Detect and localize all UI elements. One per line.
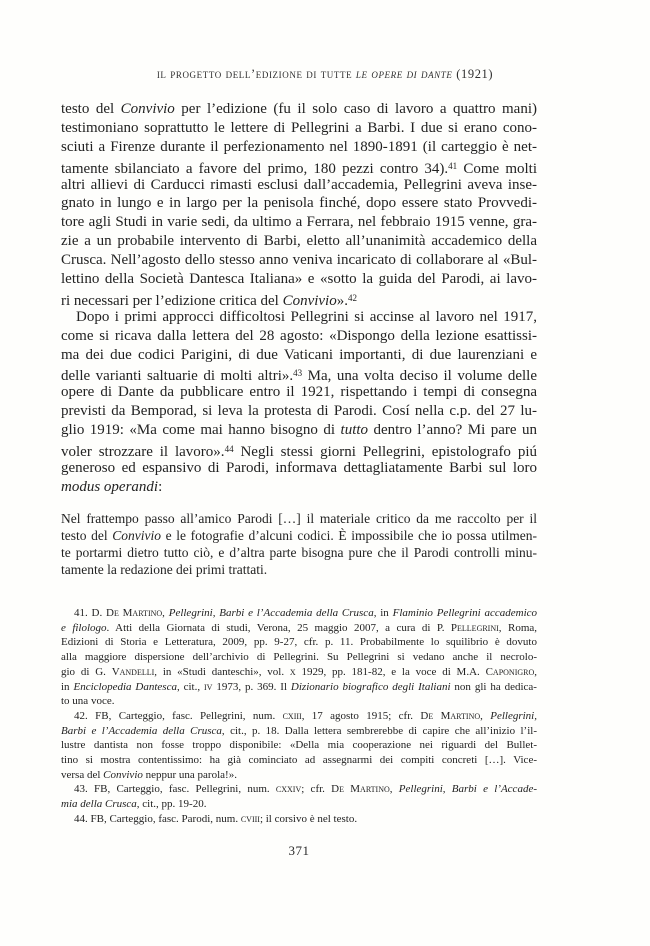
text-line: Edizioni di Storia e Letteratura, 2009, … <box>61 635 537 650</box>
text-line: ri necessari per l’edizione critica del … <box>61 289 537 308</box>
text-run: dentro l’anno? Mi pare un <box>368 422 537 438</box>
text-line: zie a un probabile intervento di Barbi, … <box>61 232 537 251</box>
text-run: De Martino <box>331 783 390 795</box>
footnotes: 41. D. De Martino, Pellegrini, Barbi e l… <box>61 606 537 826</box>
text-run: versa del <box>61 769 103 781</box>
text-run: (1921) <box>453 67 494 81</box>
text-run: lustre dantista non fosse troppo disponi… <box>61 739 537 751</box>
text-run: previsti da Bemporad, si leva la protest… <box>61 403 537 419</box>
text-line: 41. D. De Martino, Pellegrini, Barbi e l… <box>61 606 537 621</box>
footnote-42: 42. FB, Carteggio, fasc. Pellegrini, num… <box>61 709 537 782</box>
text-run: De Martino <box>106 607 162 619</box>
text-line: tino si mostra contentissimo: ha già com… <box>61 753 537 768</box>
text-line: Barbi e l’Accademia della Crusca, cit., … <box>61 724 537 739</box>
text-run: alla maggiore dispersione dell’archivio … <box>61 651 537 663</box>
text-line: tamente la redazione dei primi trattati. <box>61 561 537 578</box>
text-line: e filologo. Atti della Giornata di studi… <box>61 621 537 636</box>
text-run: Convivio <box>283 293 337 308</box>
text-line: to una voce. <box>61 694 537 709</box>
text-run: Come molti <box>457 161 537 176</box>
text-line: previsti da Bemporad, si leva la protest… <box>61 402 537 421</box>
text-run: e le fotografie d’alcuni codici. È impos… <box>161 528 537 543</box>
text-run: tino si mostra contentissimo: ha già com… <box>61 754 537 766</box>
text-run: lettino della Società Dantesca Italiana»… <box>61 271 537 287</box>
text-run: Nel frattempo passo all’amico Parodi […]… <box>61 511 537 526</box>
text-run: Enciclopedia Dantesca <box>73 681 176 693</box>
text-run: il progetto dell’edizione di tutte <box>157 67 356 81</box>
text-run: 44. FB, Carteggio, fasc. Parodi, num. <box>74 813 241 825</box>
text-run: 44 <box>225 444 234 454</box>
text-run: Negli stessi giorni Pellegrini, epistolo… <box>234 444 537 459</box>
text-run: , in «Studi danteschi», vol. <box>154 666 290 678</box>
text-run: glio 1919: «Ma come mai hanno bisogno di <box>61 422 341 438</box>
text-line: Dopo i primi approcci difficoltosi Pelle… <box>61 308 537 327</box>
text-run: Ma, una volta deciso il volume delle <box>302 369 537 384</box>
text-run: ri necessari per l’edizione critica del <box>61 293 283 308</box>
text-line: testo del Convivio per l’edizione (fu il… <box>61 100 537 119</box>
text-run: 1929, pp. 181-82, e la voce di M.A. <box>296 666 486 678</box>
text-run: . Atti della Giornata di studi, Verona, … <box>107 622 451 634</box>
text-line: in Enciclopedia Dantesca, cit., iv 1973,… <box>61 680 537 695</box>
text-run: Dopo i primi approcci difficoltosi Pelle… <box>76 309 537 325</box>
paragraph-2: Dopo i primi approcci difficoltosi Pelle… <box>61 308 537 497</box>
block-quote: Nel frattempo passo all’amico Parodi […]… <box>61 510 537 578</box>
text-line: come si ricava dalla lettera del 28 agos… <box>61 327 537 346</box>
text-run: : <box>158 479 162 495</box>
text-run: altri allievi di Carducci rimasti esclus… <box>61 177 537 193</box>
text-run: ; il corsivo è nel testo. <box>260 813 357 825</box>
text-line: testo del Convivio e le fotografie d’alc… <box>61 527 537 544</box>
text-run: 42 <box>348 293 357 303</box>
text-line: glio 1919: «Ma come mai hanno bisogno di… <box>61 421 537 440</box>
text-run: tutto <box>341 422 369 438</box>
text-run: Pellegrini, Barbi e l’Accade- <box>399 783 537 795</box>
text-run: Pellegrini <box>451 622 499 634</box>
text-run: voler strozzare il lavoro». <box>61 444 225 459</box>
text-line: altri allievi di Carducci rimasti esclus… <box>61 176 537 195</box>
text-run: come si ricava dalla lettera del 28 agos… <box>61 328 537 344</box>
text-run: , <box>534 666 537 678</box>
text-run: Convivio <box>121 101 175 117</box>
text-line: delle varianti saltuarie di molti altri»… <box>61 364 537 383</box>
text-line: tamente sbilanciato a favore del primo, … <box>61 157 537 176</box>
text-run: to una voce. <box>61 695 114 707</box>
text-run: sciuti a Firenze durante il perfezioname… <box>61 139 537 155</box>
text-line: gio di G. Vandelli, in «Studi danteschi»… <box>61 665 537 680</box>
text-run: Vandelli <box>112 666 155 678</box>
footnote-41: 41. D. De Martino, Pellegrini, Barbi e l… <box>61 606 537 709</box>
text-line: sciuti a Firenze durante il perfezioname… <box>61 138 537 157</box>
running-head: il progetto dell’edizione di tutte le op… <box>0 66 650 82</box>
text-run: 43. FB, Carteggio, fasc. Pellegrini, num… <box>74 783 276 795</box>
text-run: cxiii <box>283 710 302 722</box>
text-run: per l’edizione (fu il solo caso di lavor… <box>175 101 537 117</box>
text-run: mia della Crusca <box>61 798 137 810</box>
text-line: te portarmi dietro tutto ciò, e d’altra … <box>61 544 537 561</box>
text-line: tore agli Studi in varie sedi, da ultimo… <box>61 213 537 232</box>
text-run: Crusca. Nell’agosto dello stesso anno ve… <box>61 252 537 268</box>
text-run: 1973, p. 369. Il <box>212 681 290 693</box>
text-line: 42. FB, Carteggio, fasc. Pellegrini, num… <box>61 709 537 724</box>
text-run: Flaminio Pellegrini accademico <box>393 607 537 619</box>
text-run: gio di G. <box>61 666 112 678</box>
text-run: 41. D. <box>74 607 106 619</box>
text-line: versa del Convivio neppur una parola!». <box>61 768 537 783</box>
text-run: 41 <box>448 161 457 171</box>
text-line: ma dei due codici Parigini, di due Vatic… <box>61 346 537 365</box>
text-run: generoso ed espansivo di Parodi, informa… <box>61 460 537 476</box>
text-run: cxxiv <box>276 783 301 795</box>
text-run: te portarmi dietro tutto ciò, e d’altra … <box>61 545 537 560</box>
text-line: modus operandi: <box>61 478 537 497</box>
text-line: gnato in lungo e in largo per la penisol… <box>61 194 537 213</box>
text-run: , Roma, <box>499 622 537 634</box>
text-run: Edizioni di Storia e Letteratura, 2009, … <box>61 636 537 648</box>
book-page: il progetto dell’edizione di tutte le op… <box>0 0 650 946</box>
footnote-43: 43. FB, Carteggio, fasc. Pellegrini, num… <box>61 782 537 811</box>
text-run: , <box>390 783 399 795</box>
text-line: Nel frattempo passo all’amico Parodi […]… <box>61 510 537 527</box>
text-run: , 17 agosto 1915; cfr. <box>302 710 421 722</box>
text-run: zie a un probabile intervento di Barbi, … <box>61 233 537 249</box>
text-run: le opere di dante <box>356 67 453 81</box>
text-run: cviii <box>241 813 260 825</box>
text-run: neppur una parola!». <box>143 769 237 781</box>
text-run: De Martino <box>420 710 480 722</box>
text-run: e filologo <box>61 622 107 634</box>
main-text: testo del Convivio per l’edizione (fu il… <box>61 100 537 497</box>
text-run: non gli ha dedica- <box>451 681 537 693</box>
text-run: tore agli Studi in varie sedi, da ultimo… <box>61 214 537 230</box>
text-line: generoso ed espansivo di Parodi, informa… <box>61 459 537 478</box>
text-line: lustre dantista non fosse troppo disponi… <box>61 738 537 753</box>
text-run: testo del <box>61 528 112 543</box>
text-run: , in <box>374 607 393 619</box>
text-run: in <box>61 681 73 693</box>
text-run: Pellegrini, Barbi e l’Accademia della Cr… <box>169 607 374 619</box>
text-run: , <box>480 710 490 722</box>
text-run: , cit., pp. 19-20. <box>137 798 207 810</box>
text-run: modus operandi <box>61 479 158 495</box>
text-line: Crusca. Nell’agosto dello stesso anno ve… <box>61 251 537 270</box>
text-run: ; cfr. <box>301 783 331 795</box>
text-line: opere di Dante da pubblicare entro il 19… <box>61 383 537 402</box>
text-line: alla maggiore dispersione dell’archivio … <box>61 650 537 665</box>
text-run: ma dei due codici Parigini, di due Vatic… <box>61 347 537 363</box>
text-line: testimoniano soprattutto le lettere di P… <box>61 119 537 138</box>
text-run: delle varianti saltuarie di molti altri»… <box>61 369 293 384</box>
text-run: opere di Dante da pubblicare entro il 19… <box>61 384 537 400</box>
text-run: testimoniano soprattutto le lettere di P… <box>61 120 537 136</box>
text-run: Convivio <box>103 769 143 781</box>
text-run: , cit., p. 18. Dalla lettera sembrerebbe… <box>222 725 537 737</box>
text-run: 42. FB, Carteggio, fasc. Pellegrini, num… <box>74 710 283 722</box>
footnote-44: 44. FB, Carteggio, fasc. Parodi, num. cv… <box>61 812 537 827</box>
paragraph-1: testo del Convivio per l’edizione (fu il… <box>61 100 537 308</box>
text-run: gnato in lungo e in largo per la penisol… <box>61 195 537 211</box>
text-run: Barbi e l’Accademia della Crusca <box>61 725 222 737</box>
text-run: Dizionario biografico degli Italiani <box>291 681 451 693</box>
text-run: tamente la redazione dei primi trattati. <box>61 562 267 577</box>
text-run: 43 <box>293 368 302 378</box>
text-run: ». <box>337 293 348 308</box>
text-run: Convivio <box>112 528 161 543</box>
text-run: Pellegrini, <box>490 710 537 722</box>
text-line: lettino della Società Dantesca Italiana»… <box>61 270 537 289</box>
text-run: testo del <box>61 101 121 117</box>
text-line: 43. FB, Carteggio, fasc. Pellegrini, num… <box>61 782 537 797</box>
text-run: Caponigro <box>486 666 535 678</box>
text-line: 44. FB, Carteggio, fasc. Parodi, num. cv… <box>61 812 537 827</box>
text-line: voler strozzare il lavoro».44 Negli stes… <box>61 440 537 459</box>
text-block: testo del Convivio per l’edizione (fu il… <box>61 100 537 859</box>
page-number: 371 <box>61 843 537 859</box>
text-run: tamente sbilanciato a favore del primo, … <box>61 161 448 176</box>
text-run: , cit., <box>177 681 204 693</box>
text-line: mia della Crusca, cit., pp. 19-20. <box>61 797 537 812</box>
